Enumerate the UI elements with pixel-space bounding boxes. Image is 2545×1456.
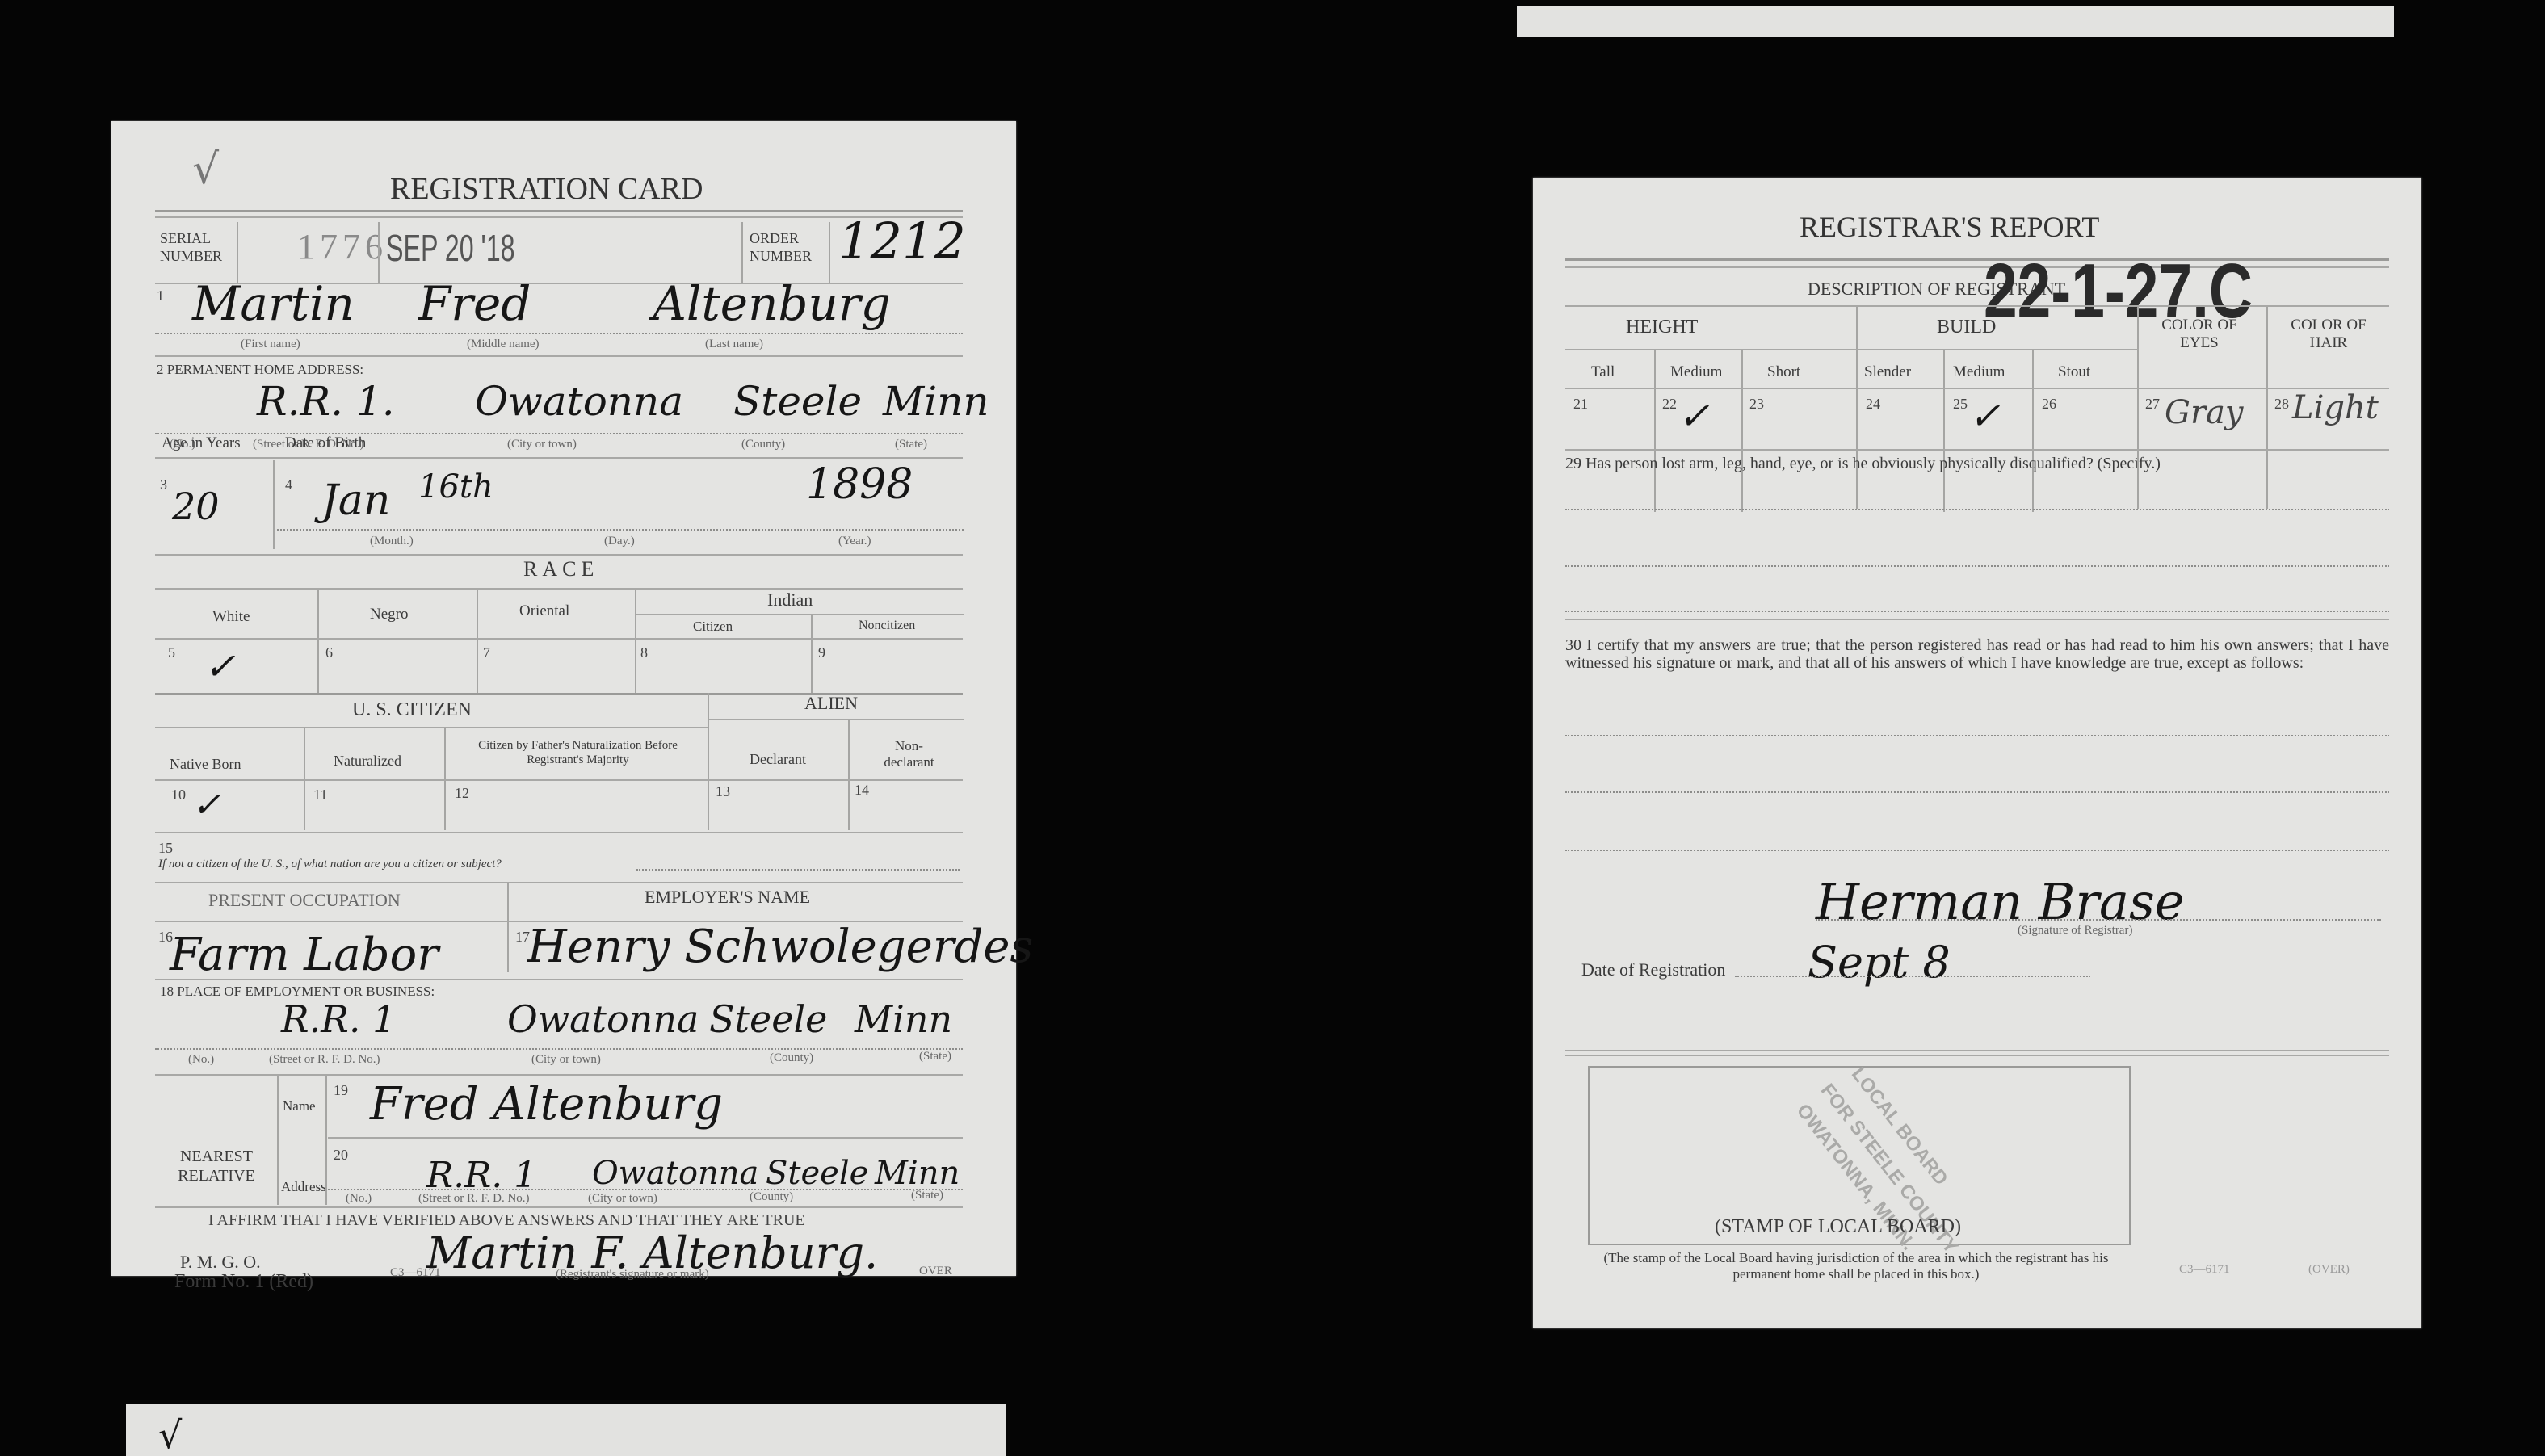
card-title: REGISTRAR'S REPORT: [1800, 210, 2099, 244]
age-label-text: Age in Years: [162, 434, 241, 452]
relative-state: Minn: [875, 1155, 960, 1192]
race-title: RACE: [523, 557, 598, 581]
home-address-label: 2 PERMANENT HOME ADDRESS:: [157, 362, 363, 378]
height-medium-check: ✓: [1678, 394, 1710, 438]
dob-label: Date of Birth: [285, 434, 366, 452]
home-county: Steele: [733, 378, 862, 425]
eye-color-value: Gray: [2165, 394, 2244, 431]
relative-city: Owatonna: [592, 1155, 758, 1192]
registration-date: Sept 8: [1808, 937, 1951, 988]
date-stamp: SEP 20 '18: [386, 226, 515, 270]
dob-year: 1898: [806, 460, 913, 509]
build-medium-check: ✓: [1969, 394, 2001, 438]
order-number-value: 1212: [838, 212, 966, 271]
employment-city: Owatonna: [507, 997, 699, 1041]
local-board-stamp-box: LOCAL BOARD FOR STEELE COUNTY OWATONNA, …: [1588, 1066, 2131, 1245]
card-title: REGISTRATION CARD: [390, 171, 703, 207]
dob-month: Jan: [321, 476, 390, 525]
serial-number-label: SERIAL NUMBER: [160, 229, 233, 265]
registration-card: √ REGISTRATION CARD SERIAL NUMBER 1776 S…: [111, 121, 1016, 1276]
last-name: Altenburg: [653, 276, 891, 331]
dob-day: 16th: [418, 468, 493, 506]
check-mark-icon: √: [158, 1413, 182, 1456]
registrar-signature: Herman Brase: [1816, 872, 2184, 931]
relative-county: Steele: [766, 1155, 868, 1192]
next-card-edge-top: [1517, 6, 2394, 37]
next-card-edge-bottom: √: [126, 1404, 1006, 1456]
relative-name: Fred Altenburg: [370, 1078, 723, 1131]
home-street: R.R. 1.: [257, 378, 395, 425]
check-mark-icon: √: [192, 145, 219, 194]
registrars-report-card: REGISTRAR'S REPORT DESCRIPTION OF REGIST…: [1533, 178, 2421, 1328]
first-name: Martin: [192, 276, 355, 331]
employer-value: Henry Schwolegerdes: [527, 921, 1033, 973]
employment-state: Minn: [855, 997, 952, 1041]
hair-color-value: Light: [2292, 389, 2379, 426]
order-number-label: ORDER NUMBER: [750, 229, 822, 265]
employment-street: R.R. 1: [281, 997, 396, 1041]
home-city: Owatonna: [475, 378, 683, 425]
race-white-check: ✓: [204, 644, 236, 688]
employment-county: Steele: [709, 997, 827, 1041]
serial-number-value: 1776: [297, 226, 388, 267]
middle-name: Fred: [418, 276, 531, 331]
native-born-check: ✓: [192, 785, 220, 825]
home-state: Minn: [883, 378, 989, 425]
occupation-value: Farm Labor: [170, 929, 439, 981]
age-value: 20: [172, 485, 220, 528]
